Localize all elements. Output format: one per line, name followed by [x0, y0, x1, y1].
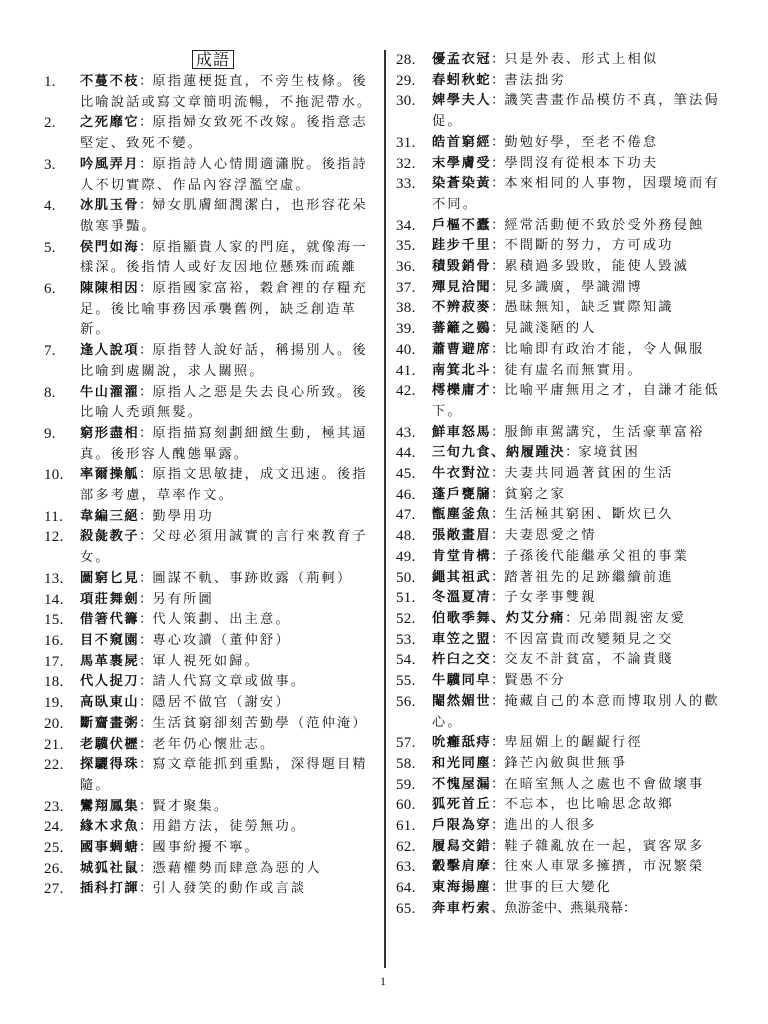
idiom-term: 侯門如海 [80, 240, 139, 255]
idiom-term: 斷齏畫粥 [80, 716, 139, 731]
entry-number: 16. [44, 631, 80, 652]
idiom-definition: 家境貧困 [578, 445, 640, 460]
idiom-entry: 59. 不愧屋漏：在暗室無人之處也不會做壞事 [396, 775, 726, 796]
idiom-term: 率爾操觚 [80, 467, 139, 482]
entry-body: 逢人說項：原指替人說好話，稱揚別人。後比喻到處關說，求人關照。 [80, 341, 374, 382]
right-column: 28. 優孟衣冠：只是外表、形式上相似 29. 春蚓秋蛇：書法拙劣 30. 婢學… [396, 50, 726, 920]
entry-number: 25. [44, 838, 80, 859]
idiom-term: 殺彘教子 [80, 529, 139, 544]
idiom-entry: 46. 蓬戶甕牖：貧窮之家 [396, 485, 726, 506]
entry-body: 杵臼之交：交友不計貧富，不論貴賤 [432, 650, 726, 671]
colon-separator: ： [491, 528, 504, 543]
colon-separator: ： [139, 343, 152, 358]
entry-body: 馬革裹屍：軍人視死如歸。 [80, 652, 374, 673]
entry-body: 不蔓不枝：原指蓮梗挺直，不旁生枝條。後比喻說話或寫文章簡明流暢，不拖泥帶水。 [80, 72, 374, 113]
colon-separator: ： [139, 198, 152, 213]
colon-separator: ： [491, 73, 504, 88]
colon-separator: ： [139, 612, 152, 627]
idiom-term: 冬溫夏凊 [432, 590, 491, 605]
idiom-term: 之死靡它 [80, 115, 139, 130]
idiom-term: 三旬九食、納履踵決 [432, 445, 565, 460]
entry-number: 53. [396, 630, 432, 651]
idiom-term: 戶限為穿 [432, 818, 491, 833]
colon-separator: ： [491, 507, 504, 522]
entry-number: 56. [396, 692, 432, 733]
idiom-term: 高臥東山 [80, 695, 139, 710]
entry-body: 履舄交錯：鞋子雜亂放在一起，賓客眾多 [432, 837, 726, 858]
entry-body: 殫見洽聞：見多識廣，學識淵博 [432, 278, 726, 299]
idiom-definition: 夫妻恩愛之情 [504, 528, 596, 543]
entry-number: 39. [396, 319, 432, 340]
idiom-term: 鮮車怒馬 [432, 425, 491, 440]
idiom-entry: 16. 目不窺園：專心攻讀（董仲舒） [44, 631, 374, 652]
colon-separator: ： [491, 383, 504, 398]
entry-number: 49. [396, 547, 432, 568]
idiom-entry: 7. 逢人說項：原指替人說好話，稱揚別人。後比喻到處關說，求人關照。 [44, 341, 374, 382]
idiom-definition: 兄弟間親密友愛 [578, 611, 686, 626]
idiom-term: 目不窺園 [80, 633, 139, 648]
colon-separator: ： [491, 570, 504, 585]
entry-body: 吮癰舐痔：卑屈媚上的齷齪行徑 [432, 733, 726, 754]
idiom-definition: 生活貧窮卻刻苦勤學（范仲淹） [152, 716, 367, 731]
colon-separator: ： [491, 176, 504, 191]
entry-number: 7. [44, 341, 80, 382]
colon-separator: ： [491, 777, 504, 792]
entry-number: 61. [396, 816, 432, 837]
colon-separator: ： [139, 281, 152, 296]
entry-number: 36. [396, 257, 432, 278]
colon-separator: ： [139, 529, 152, 544]
colon-separator: ： [139, 716, 152, 731]
entry-number: 11. [44, 507, 80, 528]
colon-separator: ： [139, 571, 152, 586]
entry-number: 65. [396, 899, 432, 920]
idiom-entry: 39. 蕃籬之鷃：見識淺陋的人 [396, 319, 726, 340]
entry-body: 圖窮匕見：圖謀不軌、事跡敗露（荊軻） [80, 569, 374, 590]
idiom-term: 代人捉刀 [80, 674, 139, 689]
idiom-term: 老驥伏櫪 [80, 737, 139, 752]
idiom-definition: 見多識廣，學識淵博 [504, 280, 643, 295]
idiom-entry: 12. 殺彘教子：父母必須用誠實的言行來教育子女。 [44, 527, 374, 568]
entry-body: 冰肌玉骨：婦女肌膚細潤潔白，也形容花朵傲寒爭豔。 [80, 196, 374, 237]
idiom-term: 牛山濯濯 [80, 385, 139, 400]
colon-separator: ： [139, 633, 152, 648]
colon-separator: 、魚游釜中、燕巢飛幕： [491, 901, 636, 916]
entry-number: 41. [396, 361, 432, 382]
colon-separator: ： [491, 300, 504, 315]
colon-separator: ： [139, 861, 152, 876]
entry-number: 17. [44, 652, 80, 673]
entry-body: 斷齏畫粥：生活貧窮卻刻苦勤學（范仲淹） [80, 714, 374, 735]
colon-separator: ： [139, 799, 152, 814]
colon-separator: ： [139, 592, 152, 607]
idiom-definition: 國事紛擾不寧。 [152, 840, 260, 855]
idiom-definition: 另有所圖 [152, 592, 214, 607]
idiom-definition: 書法拙劣 [504, 73, 566, 88]
entry-body: 牛驥同皁：賢愚不分 [432, 671, 726, 692]
idiom-entry: 3. 吟風弄月：原指詩人心情閒適瀟脫。後指詩人不切實際、作品內容浮濫空虛。 [44, 155, 374, 196]
idiom-entry: 54. 杵臼之交：交友不計貧富，不論貴賤 [396, 650, 726, 671]
idiom-entry: 40. 蕭曹避席：比喻即有政治才能，令人佩服 [396, 340, 726, 361]
idiom-entry: 15. 借箸代籌：代人策劃、出主意。 [44, 610, 374, 631]
entry-number: 35. [396, 236, 432, 257]
entry-number: 26. [44, 859, 80, 880]
entry-number: 32. [396, 154, 432, 175]
entry-number: 19. [44, 693, 80, 714]
entry-body: 韋編三絕：勤學用功 [80, 507, 374, 528]
idiom-entry: 60. 狐死首丘：不忘本，也比喻思念故鄉 [396, 795, 726, 816]
idiom-entry: 45. 牛衣對泣：夫妻共同過著貧困的生活 [396, 464, 726, 485]
entry-body: 狐死首丘：不忘本，也比喻思念故鄉 [432, 795, 726, 816]
idiom-entry: 6. 陳陳相因：原指國家富裕，穀倉裡的存糧充足。後比喻事務因承襲舊例，缺乏創造革… [44, 279, 374, 341]
entry-number: 1. [44, 72, 80, 113]
entry-number: 30. [396, 91, 432, 132]
idiom-entry: 22. 探驪得珠：寫文章能抓到重點，深得題目精隨。 [44, 755, 374, 796]
idiom-entry: 20. 斷齏畫粥：生活貧窮卻刻苦勤學（范仲淹） [44, 714, 374, 735]
idiom-term: 肯堂肯構 [432, 549, 491, 564]
entry-number: 33. [396, 174, 432, 215]
colon-separator: ： [491, 280, 504, 295]
colon-separator: ： [491, 818, 504, 833]
idiom-entry: 18. 代人捉刀：請人代寫文章或做事。 [44, 672, 374, 693]
entry-number: 55. [396, 671, 432, 692]
entry-number: 10. [44, 465, 80, 506]
idiom-term: 牛驥同皁 [432, 673, 491, 688]
idiom-definition: 隱居不做官（謝安） [152, 695, 291, 710]
colon-separator: ： [491, 590, 504, 605]
entry-body: 積毀銷骨：累積過多毀敗，能使人毀滅 [432, 257, 726, 278]
idiom-entry: 55. 牛驥同皁：賢愚不分 [396, 671, 726, 692]
idiom-entry: 37. 殫見洽聞：見多識廣，學識淵博 [396, 278, 726, 299]
idiom-list-left: 1. 不蔓不枝：原指蓮梗挺直，不旁生枝條。後比喻說話或寫文章簡明流暢，不拖泥帶水… [44, 72, 374, 900]
entry-number: 28. [396, 50, 432, 71]
entry-number: 42. [396, 381, 432, 422]
idiom-entry: 8. 牛山濯濯：原指人之惡是失去良心所致。後比喻人禿頭無髮。 [44, 383, 374, 424]
idiom-entry: 64. 東海揚塵：世事的巨大變化 [396, 878, 726, 899]
colon-separator: ： [491, 632, 504, 647]
entry-body: 之死靡它：原指婦女致死不改嫁。後指意志堅定、致死不變。 [80, 113, 374, 154]
entry-number: 24. [44, 817, 80, 838]
entry-body: 項莊舞劍：另有所圖 [80, 590, 374, 611]
idiom-entry: 29. 春蚓秋蛇：書法拙劣 [396, 71, 726, 92]
entry-number: 12. [44, 527, 80, 568]
idiom-entry: 65. 奔車朽索、魚游釜中、燕巢飛幕： [396, 899, 726, 920]
entry-number: 31. [396, 133, 432, 154]
idiom-term: 皓首窮經 [432, 135, 491, 150]
entry-body: 牛山濯濯：原指人之惡是失去良心所致。後比喻人禿頭無髮。 [80, 383, 374, 424]
colon-separator: ： [491, 673, 504, 688]
entry-body: 繩其祖武：踏著祖先的足跡繼續前進 [432, 568, 726, 589]
idiom-term: 杵臼之交 [432, 652, 491, 667]
idiom-entry: 19. 高臥東山：隱居不做官（謝安） [44, 693, 374, 714]
idiom-definition: 世事的巨大變化 [504, 880, 612, 895]
page-title: 成語 [192, 50, 234, 69]
idiom-definition: 子女孝事雙親 [504, 590, 596, 605]
colon-separator: ： [139, 385, 152, 400]
entry-number: 2. [44, 113, 80, 154]
entry-body: 窮形盡相：原指描寫刻劃細緻生動，極其逼真。後形容人醜態畢露。 [80, 424, 374, 465]
idiom-definition: 愚昧無知，缺乏實際知識 [504, 300, 673, 315]
idiom-entry: 38. 不辨菽麥：愚昧無知，缺乏實際知識 [396, 298, 726, 319]
entry-number: 62. [396, 837, 432, 858]
idiom-definition: 累積過多毀敗，能使人毀滅 [504, 259, 689, 274]
colon-separator: ： [491, 549, 504, 564]
entry-body: 緣木求魚：用錯方法，徒勞無功。 [80, 817, 374, 838]
idiom-term: 轂擊肩摩 [432, 859, 491, 874]
entry-number: 20. [44, 714, 80, 735]
idiom-term: 不蔓不枝 [80, 74, 139, 89]
idiom-term: 吮癰舐痔 [432, 735, 491, 750]
idiom-entry: 58. 和光同塵：鋒芒內斂與世無爭 [396, 754, 726, 775]
idiom-term: 繩其祖武 [432, 570, 491, 585]
colon-separator: ： [491, 218, 504, 233]
idiom-term: 不愧屋漏 [432, 777, 491, 792]
idiom-term: 閹然媚世 [432, 694, 491, 709]
idiom-definition: 圖謀不軌、事跡敗露（荊軻） [152, 571, 352, 586]
idiom-term: 逢人說項 [80, 343, 139, 358]
idiom-entry: 52. 伯歌季舞、灼艾分痛：兄弟間親密友愛 [396, 609, 726, 630]
entry-body: 轂擊肩摩：往來人車眾多擁擠，市況繁榮 [432, 857, 726, 878]
idiom-term: 跬步千里 [432, 238, 491, 253]
colon-separator: ： [139, 840, 152, 855]
idiom-term: 甑塵釜魚 [432, 507, 491, 522]
idiom-entry: 49. 肯堂肯構：子孫後代能繼承父祖的事業 [396, 547, 726, 568]
idiom-definition: 徒有虛名而無實用。 [504, 363, 643, 378]
entry-number: 48. [396, 526, 432, 547]
idiom-term: 陳陳相因 [80, 281, 139, 296]
idiom-definition: 卑屈媚上的齷齪行徑 [504, 735, 643, 750]
idiom-term: 韋編三絕 [80, 509, 139, 524]
idiom-term: 牛衣對泣 [432, 466, 491, 481]
idiom-entry: 24. 緣木求魚：用錯方法，徒勞無功。 [44, 817, 374, 838]
entry-body: 閹然媚世：掩藏自己的本意而博取別人的歡心。 [432, 692, 726, 733]
entry-body: 吟風弄月：原指詩人心情閒適瀟脫。後指詩人不切實際、作品內容浮濫空虛。 [80, 155, 374, 196]
entry-body: 陳陳相因：原指國家富裕，穀倉裡的存糧充足。後比喻事務因承襲舊例，缺乏創造革新。 [80, 279, 374, 341]
idiom-term: 探驪得珠 [80, 757, 139, 772]
entry-body: 車笠之盟：不因富貴而改變頻見之交 [432, 630, 726, 651]
idiom-entry: 10. 率爾操觚：原指文思敏捷，成文迅速。後指部多考慮，草率作文。 [44, 465, 374, 506]
idiom-entry: 43. 鮮車怒馬：服飾車駕講究，生活豪華富裕 [396, 423, 726, 444]
entry-body: 不辨菽麥：愚昧無知，缺乏實際知識 [432, 298, 726, 319]
entry-body: 皓首窮經：勤勉好學，至老不倦怠 [432, 133, 726, 154]
idiom-definition: 子孫後代能繼承父祖的事業 [504, 549, 689, 564]
entry-body: 插科打諢：引人發笑的動作或言談 [80, 879, 374, 900]
idiom-term: 殫見洽聞 [432, 280, 491, 295]
idiom-definition: 軍人視死如歸。 [152, 654, 260, 669]
idiom-entry: 4. 冰肌玉骨：婦女肌膚細潤潔白，也形容花朵傲寒爭豔。 [44, 196, 374, 237]
idiom-term: 緣木求魚 [80, 819, 139, 834]
entry-body: 國事蜩螗：國事紛擾不寧。 [80, 838, 374, 859]
entry-number: 63. [396, 857, 432, 878]
idiom-entry: 1. 不蔓不枝：原指蓮梗挺直，不旁生枝條。後比喻說話或寫文章簡明流暢，不拖泥帶水… [44, 72, 374, 113]
entry-number: 13. [44, 569, 80, 590]
entry-body: 冬溫夏凊：子女孝事雙親 [432, 588, 726, 609]
idiom-definition: 學問沒有從根本下功夫 [504, 156, 658, 171]
idiom-definition: 鞋子雜亂放在一起，賓客眾多 [504, 839, 704, 854]
colon-separator: ： [491, 466, 504, 481]
entry-number: 58. [396, 754, 432, 775]
entry-body: 張敞畫眉：夫妻恩愛之情 [432, 526, 726, 547]
entry-number: 52. [396, 609, 432, 630]
idiom-definition: 勤學用功 [152, 509, 214, 524]
entry-body: 蓬戶甕牖：貧窮之家 [432, 485, 726, 506]
colon-separator: ： [139, 74, 152, 89]
document-page: 成語 1. 不蔓不枝：原指蓮梗挺直，不旁生枝條。後比喻說話或寫文章簡明流暢，不拖… [0, 0, 768, 1024]
idiom-term: 鸞翔鳳集 [80, 799, 139, 814]
idiom-definition: 引人發笑的動作或言談 [152, 881, 306, 896]
entry-body: 肯堂肯構：子孫後代能繼承父祖的事業 [432, 547, 726, 568]
idiom-term: 蓬戶甕牖 [432, 487, 491, 502]
idiom-definition: 經常活動便不致於受外務侵蝕 [504, 218, 704, 233]
idiom-entry: 5. 侯門如海：原指顯貴人家的門庭，就像海一樣深。後指情人或好友因地位懸殊而疏離 [44, 238, 374, 279]
entry-number: 46. [396, 485, 432, 506]
idiom-list-right: 28. 優孟衣冠：只是外表、形式上相似 29. 春蚓秋蛇：書法拙劣 30. 婢學… [396, 50, 726, 920]
colon-separator: ： [491, 859, 504, 874]
entry-body: 樗櫟庸才：比喻平庸無用之才，自謙才能低下。 [432, 381, 726, 422]
colon-separator: ： [139, 426, 152, 441]
idiom-entry: 63. 轂擊肩摩：往來人車眾多擁擠，市況繁榮 [396, 857, 726, 878]
entry-number: 38. [396, 298, 432, 319]
idiom-entry: 28. 優孟衣冠：只是外表、形式上相似 [396, 50, 726, 71]
entry-body: 殺彘教子：父母必須用誠實的言行來教育子女。 [80, 527, 374, 568]
entry-body: 目不窺園：專心攻讀（董仲舒） [80, 631, 374, 652]
entry-number: 40. [396, 340, 432, 361]
idiom-definition: 貧窮之家 [504, 487, 566, 502]
entry-body: 率爾操觚：原指文思敏捷，成文迅速。後指部多考慮，草率作文。 [80, 465, 374, 506]
idiom-term: 不辨菽麥 [432, 300, 491, 315]
idiom-definition: 賢愚不分 [504, 673, 566, 688]
entry-body: 奔車朽索、魚游釜中、燕巢飛幕： [432, 899, 726, 920]
idiom-definition: 服飾車駕講究，生活豪華富裕 [504, 425, 704, 440]
idiom-term: 蕃籬之鷃 [432, 321, 491, 336]
idiom-definition: 代人策劃、出主意。 [152, 612, 291, 627]
idiom-definition: 鋒芒內斂與世無爭 [504, 756, 627, 771]
entry-number: 18. [44, 672, 80, 693]
idiom-entry: 23. 鸞翔鳳集：賢才聚集。 [44, 797, 374, 818]
colon-separator: ： [491, 735, 504, 750]
idiom-term: 末學膚受 [432, 156, 491, 171]
entry-body: 和光同塵：鋒芒內斂與世無爭 [432, 754, 726, 775]
entry-number: 51. [396, 588, 432, 609]
entry-body: 甑塵釜魚：生活極其窮困、斷炊已久 [432, 505, 726, 526]
entry-number: 9. [44, 424, 80, 465]
idiom-definition: 只是外表、形式上相似 [504, 52, 658, 67]
idiom-entry: 41. 南箕北斗：徒有虛名而無實用。 [396, 361, 726, 382]
idiom-term: 積毀銷骨 [432, 259, 491, 274]
entry-number: 14. [44, 590, 80, 611]
entry-body: 城狐社鼠：憑藉權勢而肆意為惡的人 [80, 859, 374, 880]
entry-number: 47. [396, 505, 432, 526]
colon-separator: ： [491, 135, 504, 150]
colon-separator: ： [139, 240, 152, 255]
idiom-term: 樗櫟庸才 [432, 383, 491, 398]
idiom-definition: 不因富貴而改變頻見之交 [504, 632, 673, 647]
colon-separator: ： [491, 880, 504, 895]
idiom-definition: 老年仍心懷壯志。 [152, 737, 275, 752]
entry-number: 27. [44, 879, 80, 900]
idiom-term: 蕭曹避席 [432, 342, 491, 357]
idiom-definition: 賢才聚集。 [152, 799, 229, 814]
idiom-entry: 51. 冬溫夏凊：子女孝事雙親 [396, 588, 726, 609]
idiom-term: 優孟衣冠 [432, 52, 491, 67]
idiom-entry: 34. 戶樞不蠹：經常活動便不致於受外務侵蝕 [396, 216, 726, 237]
idiom-term: 車笠之盟 [432, 632, 491, 647]
idiom-definition: 請人代寫文章或做事。 [152, 674, 306, 689]
idiom-term: 國事蜩螗 [80, 840, 139, 855]
entry-number: 3. [44, 155, 80, 196]
entry-body: 春蚓秋蛇：書法拙劣 [432, 71, 726, 92]
idiom-entry: 44. 三旬九食、納履踵決：家境貧困 [396, 443, 726, 464]
idiom-entry: 35. 跬步千里：不間斷的努力，方可成功 [396, 236, 726, 257]
entry-number: 4. [44, 196, 80, 237]
entry-body: 東海揚塵：世事的巨大變化 [432, 878, 726, 899]
entry-number: 22. [44, 755, 80, 796]
entry-body: 蕭曹避席：比喻即有政治才能，令人佩服 [432, 340, 726, 361]
colon-separator: ： [565, 611, 578, 626]
idiom-entry: 32. 末學膚受：學問沒有從根本下功夫 [396, 154, 726, 175]
idiom-entry: 13. 圖窮匕見：圖謀不軌、事跡敗露（荊軻） [44, 569, 374, 590]
idiom-term: 和光同塵 [432, 756, 491, 771]
idiom-term: 馬革裹屍 [80, 654, 139, 669]
idiom-entry: 53. 車笠之盟：不因富貴而改變頻見之交 [396, 630, 726, 651]
colon-separator: ： [491, 652, 504, 667]
entry-body: 老驥伏櫪：老年仍心懷壯志。 [80, 735, 374, 756]
entry-body: 戶樞不蠹：經常活動便不致於受外務侵蝕 [432, 216, 726, 237]
colon-separator: ： [139, 509, 152, 524]
idiom-definition: 比喻即有政治才能，令人佩服 [504, 342, 704, 357]
colon-separator: ： [139, 157, 152, 172]
colon-separator: ： [491, 321, 504, 336]
entry-number: 21. [44, 735, 80, 756]
entry-number: 34. [396, 216, 432, 237]
idiom-definition: 生活極其窮困、斷炊已久 [504, 507, 673, 522]
idiom-entry: 50. 繩其祖武：踏著祖先的足跡繼續前進 [396, 568, 726, 589]
idiom-term: 借箸代籌 [80, 612, 139, 627]
entry-body: 高臥東山：隱居不做官（謝安） [80, 693, 374, 714]
idiom-entry: 2. 之死靡它：原指婦女致死不改嫁。後指意志堅定、致死不變。 [44, 113, 374, 154]
colon-separator: ： [139, 881, 152, 896]
idiom-entry: 27. 插科打諢：引人發笑的動作或言談 [44, 879, 374, 900]
idiom-definition: 見識淺陋的人 [504, 321, 596, 336]
colon-separator: ： [491, 259, 504, 274]
title-wrap: 成語 [44, 50, 374, 70]
idiom-term: 伯歌季舞、灼艾分痛 [432, 611, 565, 626]
idiom-term: 南箕北斗 [432, 363, 491, 378]
idiom-entry: 42. 樗櫟庸才：比喻平庸無用之才，自謙才能低下。 [396, 381, 726, 422]
idiom-entry: 47. 甑塵釜魚：生活極其窮困、斷炊已久 [396, 505, 726, 526]
entry-body: 三旬九食、納履踵決：家境貧困 [432, 443, 726, 464]
colon-separator: ： [139, 654, 152, 669]
idiom-term: 城狐社鼠 [80, 861, 139, 876]
idiom-term: 項莊舞劍 [80, 592, 139, 607]
idiom-definition: 往來人車眾多擁擠，市況繁榮 [504, 859, 704, 874]
entry-body: 牛衣對泣：夫妻共同過著貧困的生活 [432, 464, 726, 485]
idiom-entry: 57. 吮癰舐痔：卑屈媚上的齷齪行徑 [396, 733, 726, 754]
entry-body: 鮮車怒馬：服飾車駕講究，生活豪華富裕 [432, 423, 726, 444]
colon-separator: ： [139, 674, 152, 689]
idiom-entry: 21. 老驥伏櫪：老年仍心懷壯志。 [44, 735, 374, 756]
idiom-entry: 33. 染蒼染黃：本來相同的人事物，因環境而有不同。 [396, 174, 726, 215]
left-column: 成語 1. 不蔓不枝：原指蓮梗挺直，不旁生枝條。後比喻說話或寫文章簡明流暢，不拖… [44, 50, 374, 900]
entry-number: 64. [396, 878, 432, 899]
idiom-definition: 交友不計貧富，不論貴賤 [504, 652, 673, 667]
entry-number: 60. [396, 795, 432, 816]
colon-separator: ： [139, 115, 152, 130]
idiom-term: 冰肌玉骨 [80, 198, 139, 213]
entry-number: 5. [44, 238, 80, 279]
entry-number: 6. [44, 279, 80, 341]
entry-number: 43. [396, 423, 432, 444]
